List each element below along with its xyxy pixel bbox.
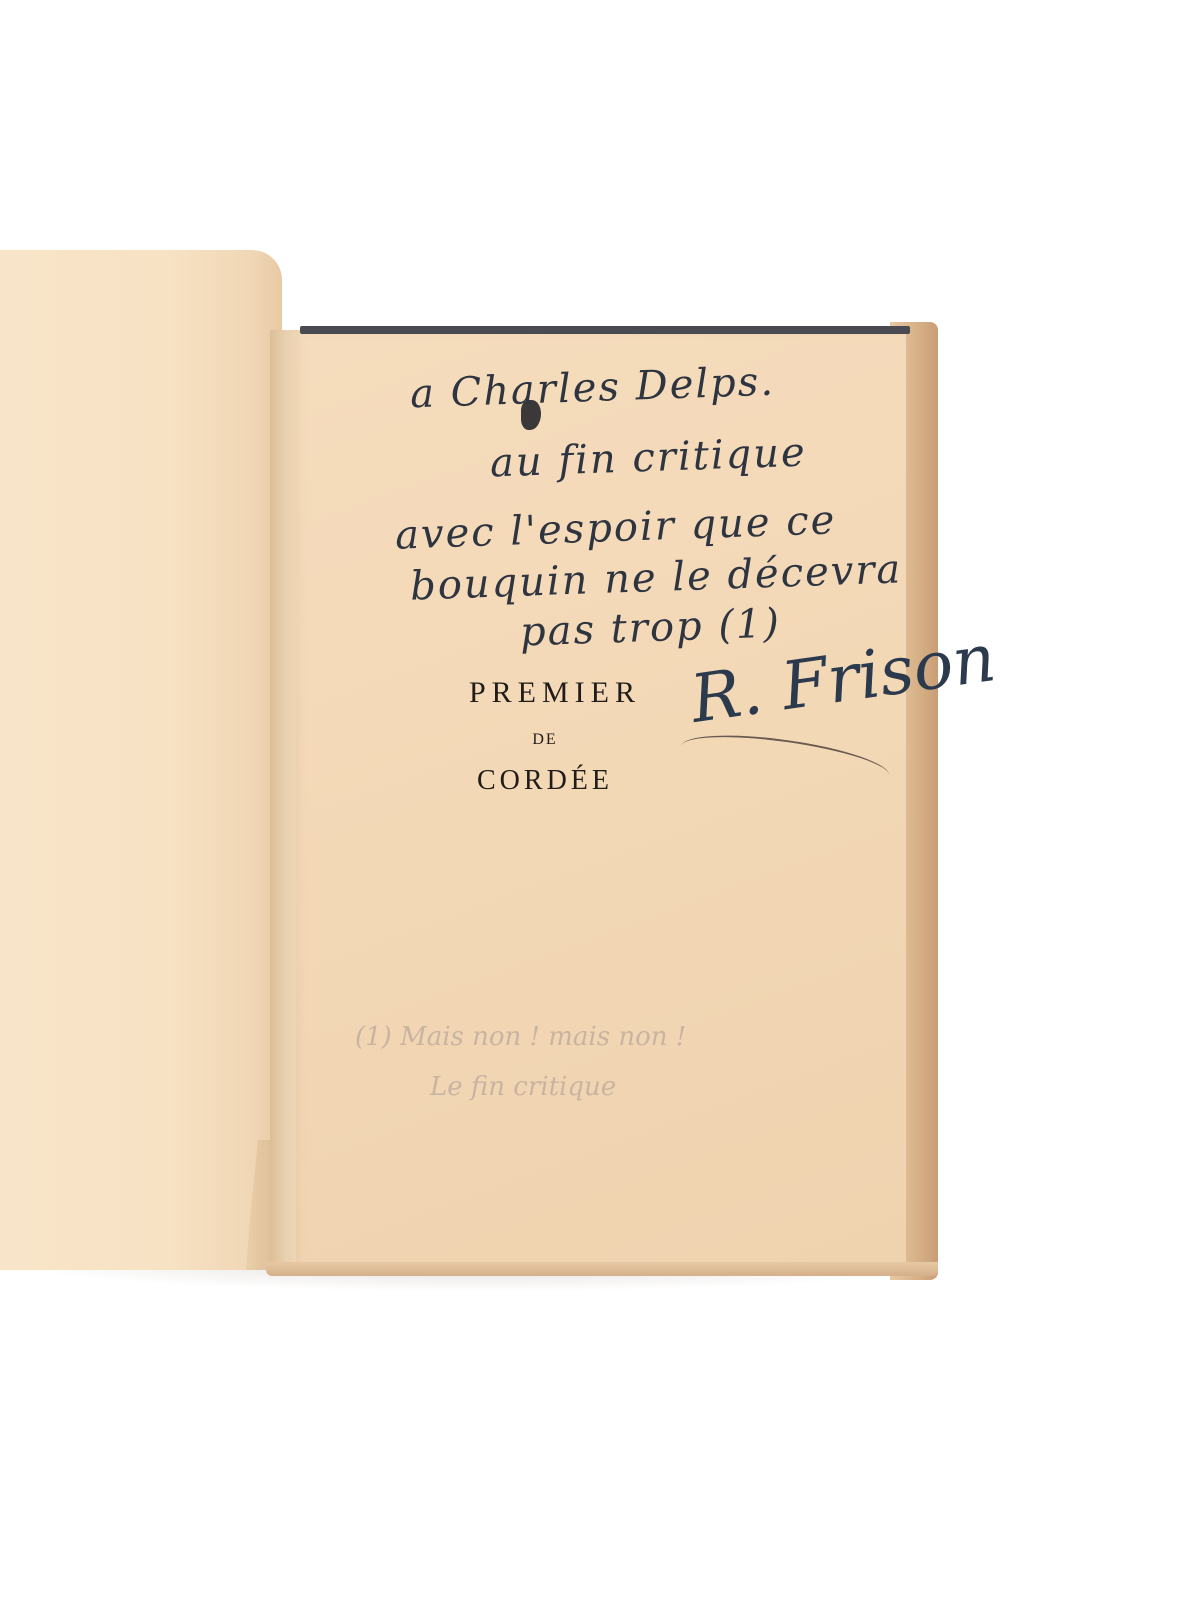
pencil-note-line-2: Le fin critique <box>430 1072 616 1102</box>
left-page <box>0 250 282 1270</box>
bottom-page-edge <box>266 1262 938 1276</box>
book-photo: a Charles Delps. au fin critique avec l'… <box>0 0 1200 1600</box>
spine-top <box>300 326 910 334</box>
title-cordee: CORDÉE <box>460 765 630 797</box>
title-de: DE <box>505 731 585 749</box>
pencil-note-line-1: (1) Mais non ! mais non ! <box>355 1022 686 1052</box>
title-premier: PREMIER <box>430 676 680 710</box>
inscription-line-5: pas trop (1) <box>519 600 781 655</box>
book-gutter <box>270 330 296 1270</box>
